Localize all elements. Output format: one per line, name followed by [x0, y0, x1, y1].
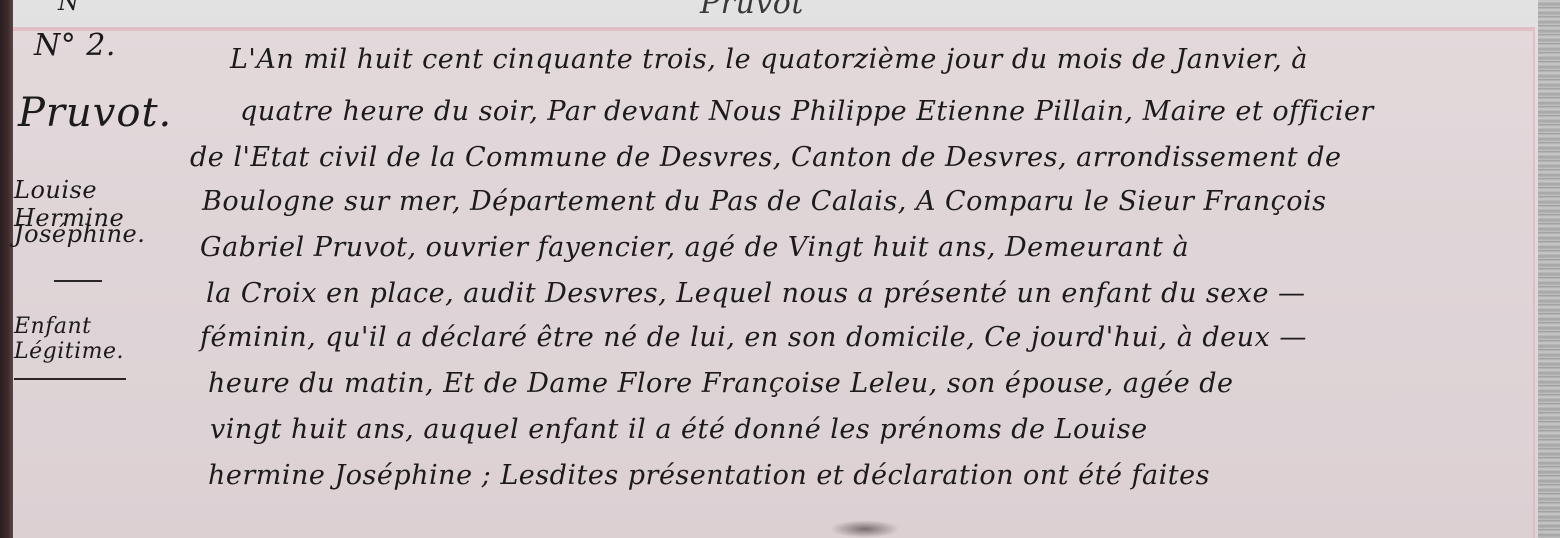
scanned-register-page: Pruvot N° N° 2. Pruvot. Louise Hermine J… — [0, 0, 1560, 538]
act-line-8: heure du matin, Et de Dame Flore Françoi… — [208, 368, 1234, 399]
page-right-edge — [1538, 0, 1560, 538]
act-line-7: féminin, qu'il a déclaré être né de lui,… — [200, 322, 1307, 353]
previous-entry-fragment: Pruvot — [700, 0, 804, 21]
act-line-3: de l'Etat civil de la Commune de Desvres… — [190, 142, 1342, 173]
act-line-4: Boulogne sur mer, Département du Pas de … — [202, 186, 1326, 217]
margin-legitimacy-note: Enfant Légitime. — [14, 314, 204, 364]
margin-notes: N° 2. Pruvot. Louise Hermine Joséphine. … — [14, 0, 204, 538]
entry-number: N° 2. — [34, 28, 116, 63]
act-line-5: Gabriel Pruvot, ouvrier fayencier, agé d… — [200, 232, 1189, 263]
act-line-1: L'An mil huit cent cinquante trois, le q… — [230, 44, 1308, 75]
act-line-10: hermine Joséphine ; Lesdites présentatio… — [208, 460, 1210, 491]
act-line-2: quatre heure du soir, Par devant Nous Ph… — [240, 96, 1374, 127]
act-line-6: la Croix en place, audit Desvres, Lequel… — [206, 278, 1306, 309]
margin-given-names-line2: Joséphine. — [14, 220, 145, 248]
margin-divider-rule — [14, 378, 126, 380]
book-binding-edge — [0, 0, 13, 538]
margin-divider-short — [54, 280, 102, 282]
act-line-9: vingt huit ans, auquel enfant il a été d… — [210, 414, 1148, 445]
margin-surname: Pruvot. — [18, 90, 172, 136]
ink-smudge — [830, 520, 900, 538]
